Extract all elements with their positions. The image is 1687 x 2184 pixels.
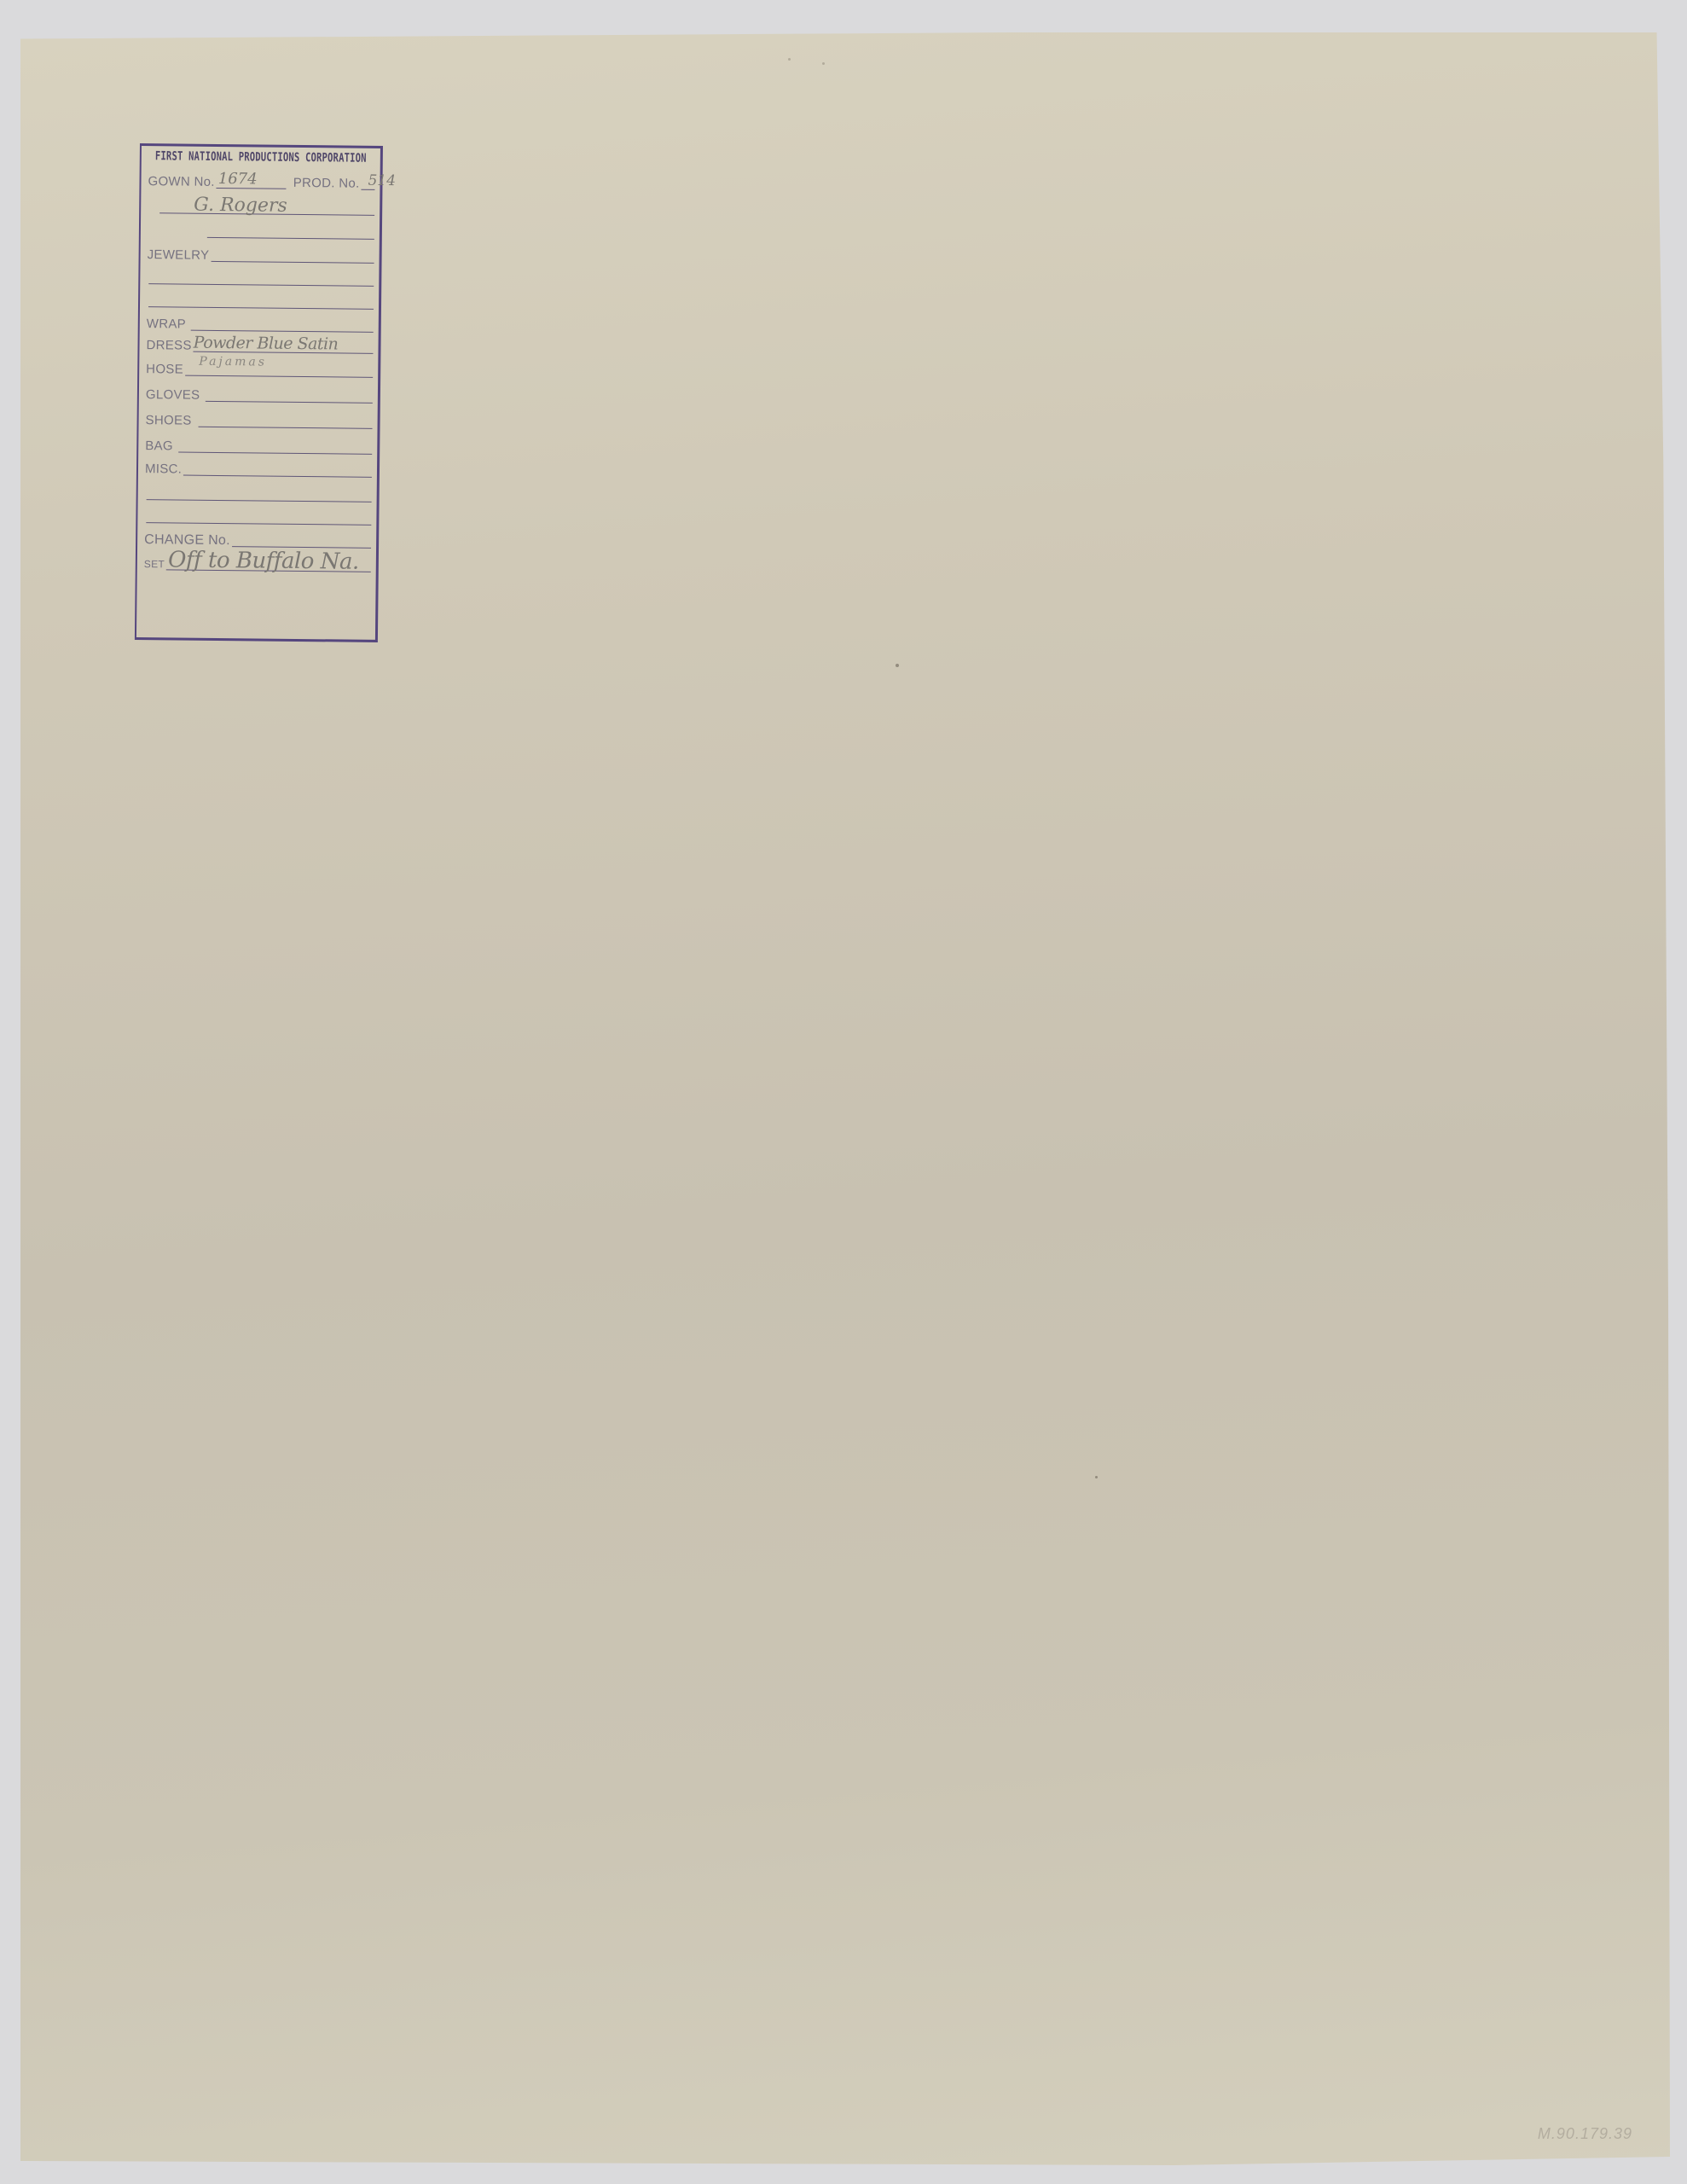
blank-row [145, 484, 372, 503]
blank-line [148, 283, 374, 287]
jewelry-row: JEWELRY [148, 245, 374, 264]
dress-row: DRESS Powder Blue Satin [146, 335, 373, 355]
gown-field: 1674 [217, 188, 287, 189]
prod-number: 514 [368, 172, 396, 189]
blank-line [146, 522, 371, 526]
blank-row [144, 507, 371, 526]
bag-label: BAG [145, 439, 173, 453]
wrap-field [191, 330, 374, 333]
blank-line [148, 306, 374, 310]
change-row: CHANGE No. [144, 530, 371, 549]
paper-speck [896, 664, 899, 667]
gloves-label: GLOVES [146, 388, 200, 403]
blank-line [147, 499, 372, 502]
wardrobe-stamp: FIRST NATIONAL PRODUCTIONS CORPORATION G… [135, 143, 383, 642]
prod-label: PROD. No. [293, 177, 360, 191]
misc-label: MISC. [145, 462, 182, 476]
jewelry-field [211, 261, 374, 264]
change-label: CHANGE No. [144, 533, 230, 548]
photo-reverse-paper: FIRST NATIONAL PRODUCTIONS CORPORATION G… [20, 32, 1670, 2165]
dress-value: Powder Blue Satin [194, 334, 339, 354]
wrap-row: WRAP [147, 314, 374, 334]
blank-line [207, 237, 374, 240]
shoes-row: SHOES [146, 410, 373, 430]
blank-row [147, 268, 374, 288]
gown-label: GOWN No. [148, 175, 214, 189]
shoes-label: SHOES [146, 414, 192, 428]
prod-field: 514 [361, 189, 374, 190]
paper-speck [822, 62, 825, 65]
paper-speck [1095, 1476, 1098, 1478]
gown-prod-row: GOWN No. 1674 PROD. No. 514 [148, 171, 374, 191]
accession-number: M.90.179.39 [1538, 2125, 1632, 2143]
blank-row [148, 221, 374, 241]
wrap-label: WRAP [147, 317, 186, 331]
gown-number: 1674 [218, 170, 258, 188]
gloves-row: GLOVES [146, 385, 373, 404]
bag-row: BAG [145, 436, 372, 456]
hose-label: HOSE [146, 363, 183, 376]
set-label: SET [144, 557, 165, 571]
jewelry-label: JEWELRY [148, 248, 210, 263]
name-field: G. Rogers [159, 212, 374, 216]
set-value: Off to Buffalo Na. [168, 547, 359, 574]
stamp-title: FIRST NATIONAL PRODUCTIONS CORPORATION [142, 149, 380, 166]
set-row: SET Off to Buffalo Na. [144, 554, 371, 573]
blank-row [147, 291, 374, 311]
dress-field: Powder Blue Satin [194, 351, 374, 354]
actress-name: G. Rogers [194, 195, 287, 217]
set-field: Off to Buffalo Na. [166, 569, 371, 572]
dress-label: DRESS [146, 339, 191, 353]
paper-speck [788, 58, 791, 61]
hose-row: HOSE [146, 359, 373, 379]
misc-row: MISC. [145, 459, 372, 479]
name-row: G. Rogers [148, 197, 374, 217]
